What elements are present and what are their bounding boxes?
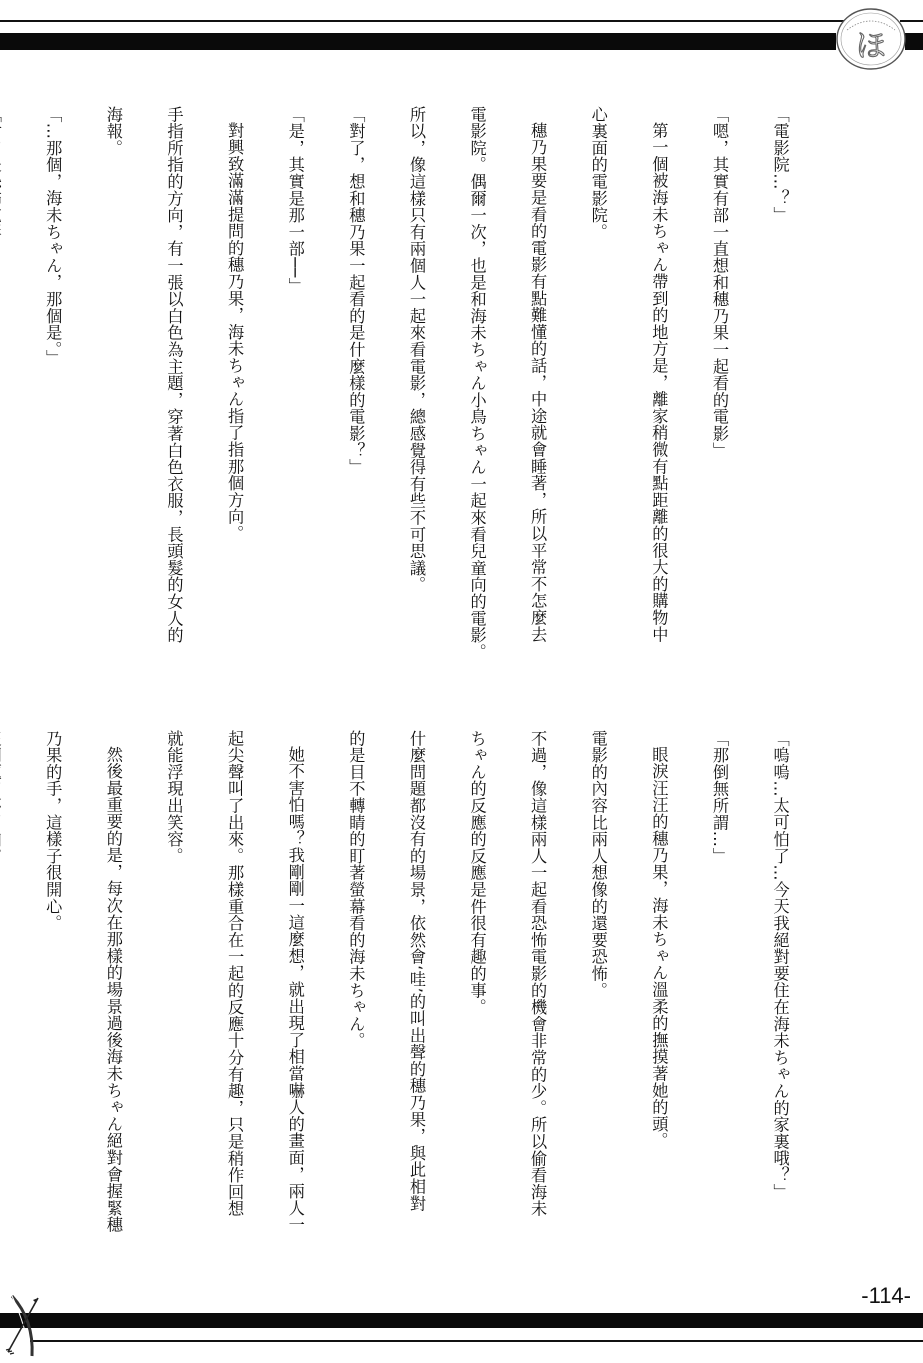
story-text-top: 「電影院…？」 「嗯，其實有部一直想和穗乃果一起看的電影」 第一個被海未ちゃん帶… bbox=[0, 106, 830, 716]
text-column: 「嗚嗚…太可怕了…今天我絕對要住在海未ちゃん的家裏哦？」 bbox=[769, 730, 789, 1290]
text-column: 「是，其實是那一部──」 bbox=[285, 106, 305, 716]
text-column: 然後最重要的是，每次在那樣的場景過後海未ちゃん絕對會握緊穗 bbox=[103, 730, 123, 1290]
text-column: 「對，是恐怖電影」 bbox=[0, 106, 2, 716]
ho-seal-logo-icon: ほ bbox=[833, 6, 909, 72]
page-number: -114- bbox=[861, 1283, 911, 1309]
text-column: 穗乃果要是看的電影有點難懂的話，中途就會睡著，所以平常不怎麼去 bbox=[527, 106, 547, 716]
text-column: 電影院。偶爾一次，也是和海未ちゃん小鳥ちゃん一起來看兒童向的電影。 bbox=[466, 106, 486, 716]
bow-and-arrow-icon bbox=[4, 1290, 52, 1360]
footer-rule-thin bbox=[30, 1340, 923, 1342]
text-column: 「對了，想和穗乃果一起看的是什麼樣的電影？」 bbox=[345, 106, 365, 716]
text-column: 眼淚汪汪的穗乃果，海未ちゃん溫柔的撫摸著她的頭。 bbox=[648, 730, 668, 1290]
text-column: 心裏面的電影院。 bbox=[588, 106, 608, 716]
text-column: 就能浮現出笑容。 bbox=[163, 730, 183, 1290]
text-column: 乃果的手，這樣子很開心。 bbox=[42, 730, 62, 1290]
text-column: 手指所指的方向，有一張以白色為主題，穿著白色衣服，長頭髮的女人的 bbox=[163, 106, 183, 716]
text-column: 「電影院…？」 bbox=[769, 106, 789, 716]
text-column: 對興致滿滿提問的穗乃果，海未ちゃん指了指那個方向。 bbox=[224, 106, 244, 716]
text-column: 第一個被海未ちゃん帶到的地方是，離家稍微有點距離的很大的購物中 bbox=[648, 106, 668, 716]
text-column: 海報。 bbox=[103, 106, 123, 716]
text-column: 「嗯，其實有部一直想和穗乃果一起看的電影」 bbox=[709, 106, 729, 716]
text-column: 「…那個，海未ちゃん，那個是。」 bbox=[42, 106, 62, 716]
text-column: 的是目不轉睛的盯著螢幕看的海未ちゃん。 bbox=[345, 730, 365, 1290]
text-column: 不過，像這樣兩人一起看恐怖電影的機會非常的少。所以偷看海未 bbox=[527, 730, 547, 1290]
text-column: 「那倒無所謂…」 bbox=[709, 730, 729, 1290]
text-column: ちゃん的反應的反應是件很有趣的事。 bbox=[466, 730, 486, 1290]
story-text-bottom: 「嗚嗚…太可怕了…今天我絕對要住在海未ちゃん的家裏哦？」 「那倒無所謂…」 眼淚… bbox=[0, 730, 830, 1290]
text-column: 沒問題，不用怕。 bbox=[0, 730, 2, 1290]
footer-rule-thick bbox=[0, 1313, 923, 1328]
text-column: 什麼問題都沒有的場景，依然會‘哇’的叫出聲的穗乃果，與此相對 bbox=[406, 730, 426, 1290]
text-column: 所以，像這樣只有兩個人一起來看電影，總感覺得有些不可思議。 bbox=[406, 106, 426, 716]
svg-text:ほ: ほ bbox=[856, 29, 886, 64]
header-rule-thin bbox=[0, 20, 850, 22]
text-column: 起尖聲叫了出來。那樣重合在一起的反應十分有趣，只是稍作回想 bbox=[224, 730, 244, 1290]
text-column: 電影的內容比兩人想像的還要恐怖。 bbox=[588, 730, 608, 1290]
text-column: 她不害怕嗎？我剛剛一這麼想，就出現了相當嚇人的畫面，兩人一 bbox=[285, 730, 305, 1290]
header-rule-thick bbox=[0, 33, 836, 50]
